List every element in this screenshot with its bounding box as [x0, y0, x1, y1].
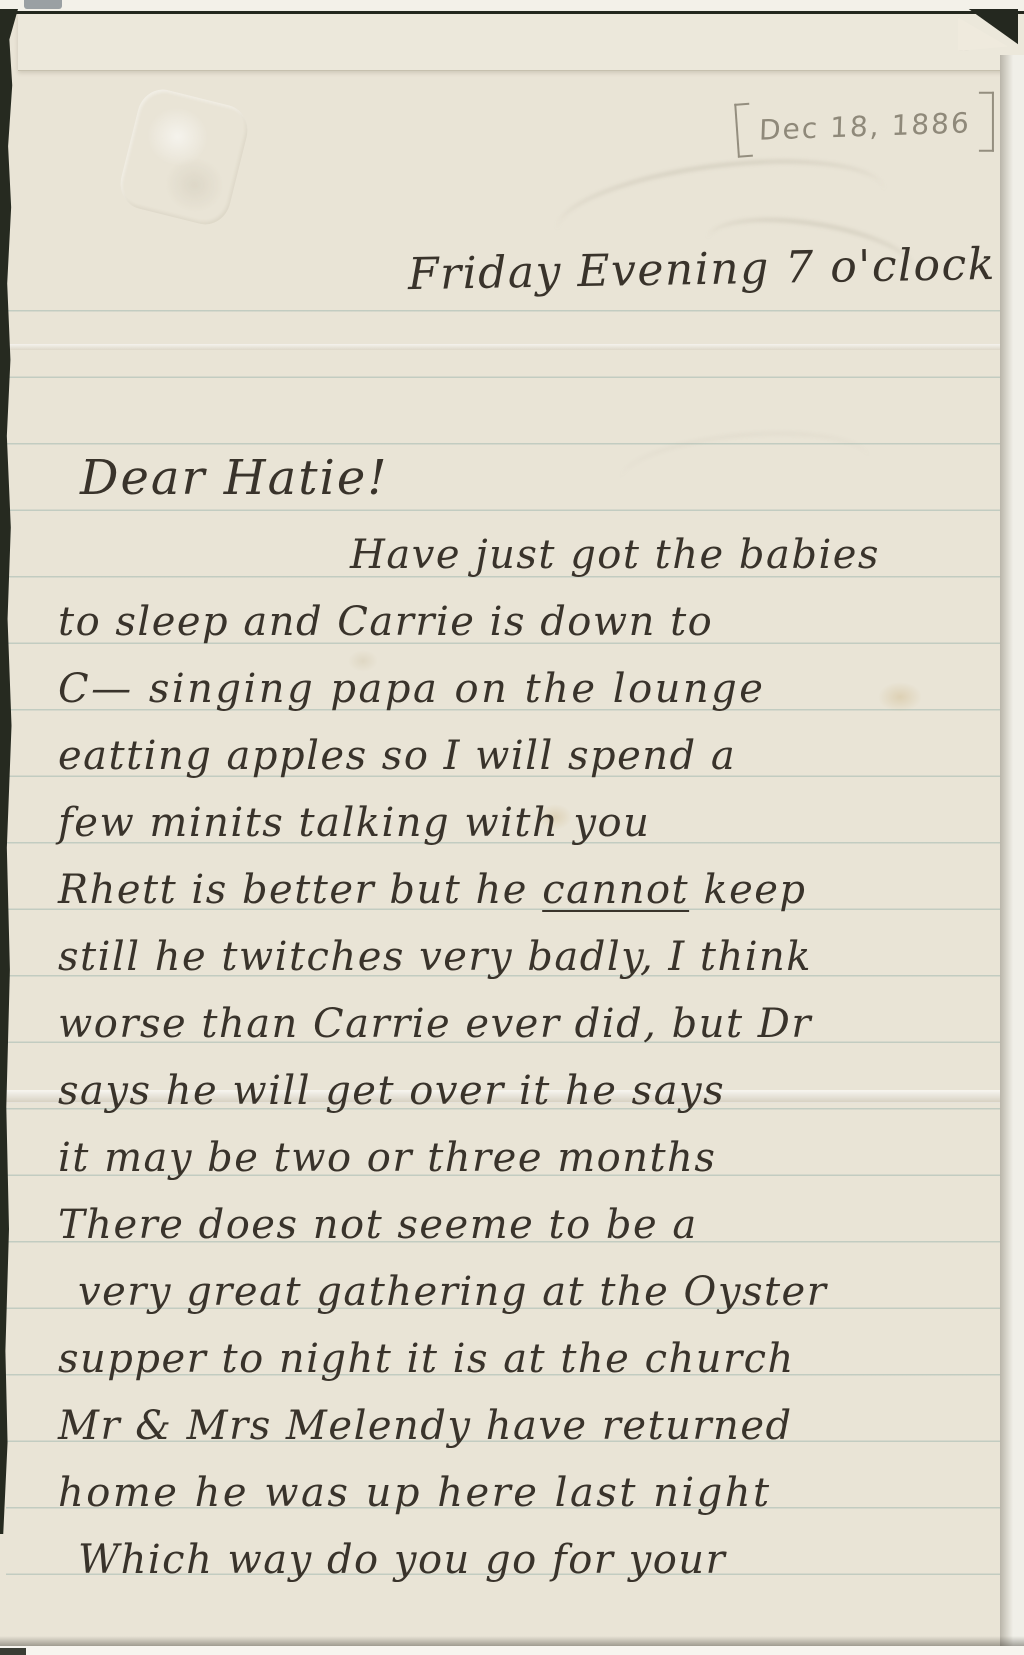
embossed-seal	[115, 84, 253, 229]
line-segment: Rhett is better but he	[58, 867, 542, 913]
letter-line: Which way do you go for your	[58, 1527, 1014, 1594]
under-sheet-bottom	[0, 1646, 1024, 1655]
top-fold-crease	[18, 14, 1024, 71]
binder-clip	[24, 0, 62, 9]
letter-line: worse than Carrie ever did, but Dr	[58, 991, 1014, 1058]
letter-dateline: Friday Evening 7 o'clock	[408, 239, 997, 300]
letter-body: Have just got the babies to sleep and Ca…	[58, 522, 1014, 1594]
pencil-date-annotation: Dec 18, 1886	[735, 92, 995, 161]
letter-line: eatting apples so I will spend a	[58, 723, 1014, 790]
letter-line: Mr & Mrs Melendy have returned	[58, 1393, 1014, 1460]
letter-scan: Dec 18, 1886 Friday Evening 7 o'clock De…	[0, 0, 1024, 1655]
letter-line: still he twitches very badly, I think	[58, 924, 1014, 991]
right-bracket	[979, 92, 994, 152]
left-bracket	[734, 103, 753, 158]
letter-line: few minits talking with you	[58, 790, 1014, 857]
scan-edge-notch	[0, 1648, 26, 1655]
annotation-text: Dec 18, 1886	[758, 106, 971, 146]
line-segment: keep	[689, 867, 806, 913]
letter-line: C— singing papa on the lounge	[58, 656, 1014, 723]
underlined-word: cannot	[542, 867, 689, 913]
letter-line: supper to night it is at the church	[58, 1326, 1014, 1393]
letter-line: home he was up here last night	[58, 1460, 1014, 1527]
letter-line: There does not seeme to be a	[58, 1192, 1014, 1259]
letter-line: Have just got the babies	[58, 522, 1014, 589]
page-bottom-shadow	[0, 1636, 1024, 1646]
under-sheet-top	[0, 0, 1024, 11]
letter-line: very great gathering at the Oyster	[58, 1259, 1014, 1326]
letter-line: Rhett is better but he cannot keep	[58, 857, 1014, 924]
letter-line: to sleep and Carrie is down to	[58, 589, 1014, 656]
letter-line: it may be two or three months	[58, 1125, 1014, 1192]
letter-line: says he will get over it he says	[58, 1058, 1014, 1125]
letter-salutation: Dear Hatie!	[80, 450, 389, 506]
